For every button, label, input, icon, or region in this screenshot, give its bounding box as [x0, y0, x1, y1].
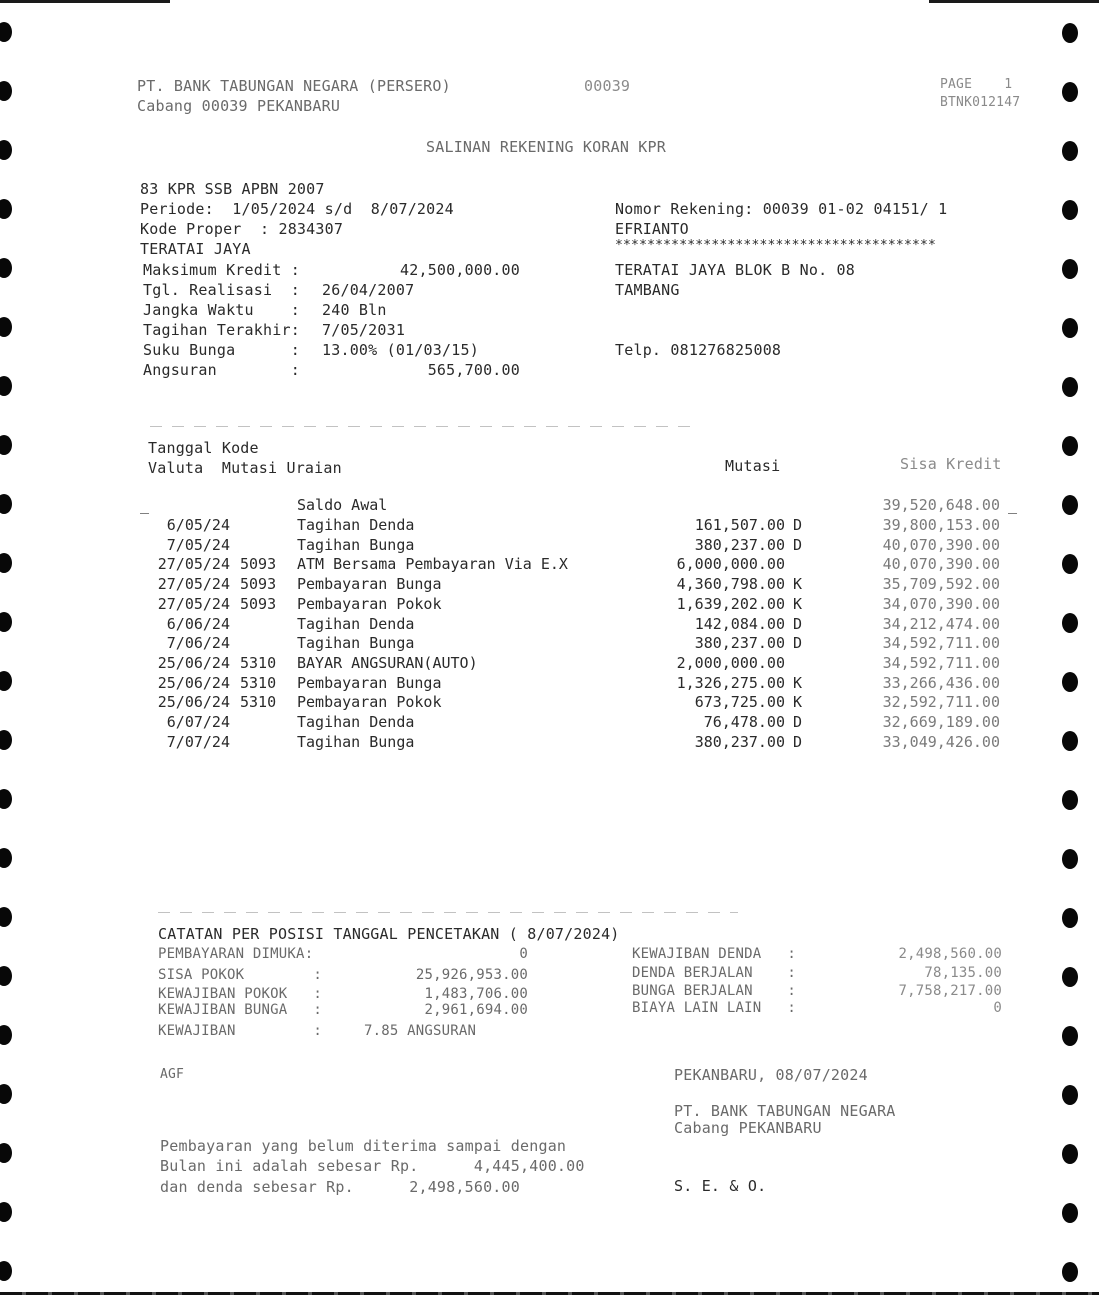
branch-name: Cabang 00039 PEKANBARU — [137, 97, 340, 115]
user-code: AGF — [160, 1066, 184, 1084]
table-row: 27/05/245093Pembayaran Bunga4,360,798.00… — [0, 575, 1099, 595]
sprocket-hole-right — [1062, 318, 1078, 338]
sprocket-hole-left — [0, 258, 12, 278]
sprocket-hole-left — [0, 376, 12, 396]
sprocket-hole-right — [1062, 908, 1078, 928]
sprocket-hole-right — [1062, 23, 1078, 43]
row-date: 6/06/24 — [138, 615, 230, 633]
sprocket-hole-left — [0, 140, 12, 160]
sprocket-hole-right — [1062, 1085, 1078, 1105]
table-header-line1: Tanggal Kode — [148, 439, 259, 457]
branch-code: 00039 — [584, 77, 630, 95]
sprocket-hole-left — [0, 22, 12, 42]
row-debit-credit: D — [793, 536, 809, 554]
row-code: 5093 — [240, 555, 280, 573]
row-description: Tagihan Denda — [297, 516, 414, 534]
row-code: 5310 — [240, 654, 280, 672]
row-amount: 380,237.00 — [620, 634, 785, 652]
loan-field-label: Maksimum Kredit : — [143, 261, 300, 279]
note-line3: dan denda sebesar Rp. 2,498,560.00 — [160, 1178, 520, 1196]
table-row: 6/07/24Tagihan Denda76,478.00D32,669,189… — [0, 713, 1099, 733]
row-code: 5310 — [240, 674, 280, 692]
document-title: SALINAN REKENING KORAN KPR — [426, 138, 666, 156]
row-balance: 35,709,592.00 — [840, 575, 1000, 593]
row-debit-credit: D — [793, 615, 809, 633]
summary-label: KEWAJIBAN BUNGA : — [158, 1001, 322, 1019]
table-header-line2: Valuta Mutasi Uraian — [148, 459, 342, 477]
opening-balance-row: _ Saldo Awal 39,520,648.00 _ — [0, 496, 1099, 516]
loan-field-value: 42,500,000.00 — [320, 261, 520, 279]
sprocket-hole-right — [1062, 82, 1078, 102]
row-date: 7/06/24 — [138, 634, 230, 652]
row-code: 5093 — [240, 595, 280, 613]
row-date: 27/05/24 — [138, 555, 230, 573]
row-description: Pembayaran Bunga — [297, 575, 442, 593]
row-date: 6/07/24 — [138, 713, 230, 731]
row-debit-credit: K — [793, 674, 809, 692]
row-description: Tagihan Denda — [297, 713, 414, 731]
sprocket-hole-right — [1062, 1144, 1078, 1164]
sprocket-hole-left — [0, 1084, 12, 1104]
loan-field-label: Jangka Waktu : — [143, 301, 300, 319]
dash-mark: _ — [140, 496, 149, 514]
doc-code: BTNK012147 — [940, 94, 1020, 112]
row-description: Tagihan Bunga — [297, 733, 414, 751]
summary-value: 0 — [820, 999, 1002, 1017]
sprocket-hole-left — [0, 1261, 12, 1281]
loan-field-label: Angsuran : — [143, 361, 300, 379]
loan-field-label: Tagihan Terakhir: — [143, 321, 300, 339]
bank-name: PT. BANK TABUNGAN NEGARA (PERSERO) — [137, 77, 451, 95]
table-row: 7/05/24Tagihan Bunga380,237.00D40,070,39… — [0, 536, 1099, 556]
row-debit-credit: K — [793, 693, 809, 711]
summary-value: 78,135.00 — [820, 964, 1002, 982]
loan-field-value: 13.00% (01/03/15) — [322, 341, 479, 359]
summary-label: PEMBAYARAN DIMUKA: — [158, 945, 313, 963]
row-balance: 40,070,390.00 — [840, 536, 1000, 554]
row-balance: 34,592,711.00 — [840, 634, 1000, 652]
sprocket-hole-right — [1062, 377, 1078, 397]
row-debit-credit: D — [793, 713, 809, 731]
sprocket-hole-right — [1062, 1026, 1078, 1046]
summary-value: 2,498,560.00 — [820, 945, 1002, 963]
table-row: 6/05/24Tagihan Denda161,507.00D39,800,15… — [0, 516, 1099, 536]
sprocket-hole-left — [0, 81, 12, 101]
row-amount: 673,725.00 — [620, 693, 785, 711]
row-amount: 6,000,000.00 — [620, 555, 785, 573]
sprocket-hole-right — [1062, 200, 1078, 220]
kode-proper: Kode Proper : 2834307 — [140, 220, 343, 238]
table-row: 6/06/24Tagihan Denda142,084.00D34,212,47… — [0, 615, 1099, 635]
address-line1: TERATAI JAYA BLOK B No. 08 — [615, 261, 855, 279]
sprocket-hole-left — [0, 1025, 12, 1045]
row-amount: 1,639,202.00 — [620, 595, 785, 613]
row-balance: 34,070,390.00 — [840, 595, 1000, 613]
summary-label: DENDA BERJALAN : — [632, 964, 796, 982]
paper-edge-top-left — [0, 0, 170, 3]
sprocket-hole-right — [1062, 1203, 1078, 1223]
account-number: Nomor Rekening: 00039 01-02 04151/ 1 — [615, 200, 947, 218]
sprocket-hole-left — [0, 966, 12, 986]
row-date: 25/06/24 — [138, 693, 230, 711]
row-amount: 2,000,000.00 — [620, 654, 785, 672]
row-description: ATM Bersama Pembayaran Via E.X — [297, 555, 568, 573]
divider-line — [158, 912, 738, 913]
page-label: PAGE 1 — [940, 76, 1012, 94]
summary-value: 0 — [330, 945, 528, 963]
dash-mark: _ — [1008, 496, 1017, 514]
row-code: 5310 — [240, 693, 280, 711]
sprocket-hole-right — [1062, 849, 1078, 869]
row-date: 25/06/24 — [138, 654, 230, 672]
note-line1: Pembayaran yang belum diterima sampai de… — [160, 1137, 566, 1155]
sprocket-hole-left — [0, 199, 12, 219]
row-balance: 33,266,436.00 — [840, 674, 1000, 692]
table-row: 27/05/245093Pembayaran Pokok1,639,202.00… — [0, 595, 1099, 615]
place-date: PEKANBARU, 08/07/2024 — [674, 1066, 868, 1084]
row-date: 27/05/24 — [138, 575, 230, 593]
summary-label: SISA POKOK : — [158, 966, 322, 984]
row-debit-credit: D — [793, 733, 809, 751]
sprocket-hole-left — [0, 317, 12, 337]
sprocket-hole-left — [0, 848, 12, 868]
table-header-mutasi: Mutasi — [725, 457, 780, 475]
opening-balance: 39,520,648.00 — [840, 496, 1000, 514]
loan-field-value: 7/05/2031 — [322, 321, 405, 339]
table-row: 7/06/24Tagihan Bunga380,237.00D34,592,71… — [0, 634, 1099, 654]
loan-field-value: 240 Bln — [322, 301, 387, 319]
loan-field-value: 26/04/2007 — [322, 281, 414, 299]
table-row: 25/06/245310Pembayaran Bunga1,326,275.00… — [0, 674, 1099, 694]
row-date: 7/05/24 — [138, 536, 230, 554]
row-debit-credit: D — [793, 516, 809, 534]
seo-disclaimer: S. E. & O. — [674, 1177, 766, 1195]
sprocket-hole-right — [1062, 436, 1078, 456]
note-line2: Bulan ini adalah sebesar Rp. 4,445,400.0… — [160, 1157, 585, 1175]
row-balance: 34,212,474.00 — [840, 615, 1000, 633]
row-balance: 40,070,390.00 — [840, 555, 1000, 573]
row-amount: 380,237.00 — [620, 733, 785, 751]
summary-value: 7.85 ANGSURAN — [364, 1022, 476, 1040]
loan-field-label: Tgl. Realisasi : — [143, 281, 300, 299]
row-date: 25/06/24 — [138, 674, 230, 692]
row-description: Pembayaran Pokok — [297, 693, 442, 711]
summary-label: KEWAJIBAN : — [158, 1022, 322, 1040]
row-balance: 39,800,153.00 — [840, 516, 1000, 534]
sprocket-hole-left — [0, 1143, 12, 1163]
row-date: 6/05/24 — [138, 516, 230, 534]
row-amount: 380,237.00 — [620, 536, 785, 554]
row-debit-credit: D — [793, 634, 809, 652]
product-name: 83 KPR SSB APBN 2007 — [140, 180, 325, 198]
table-row: 25/06/245310BAYAR ANGSURAN(AUTO)2,000,00… — [0, 654, 1099, 674]
summary-title: CATATAN PER POSISI TANGGAL PENCETAKAN ( … — [158, 925, 620, 943]
table-row: 25/06/245310Pembayaran Pokok673,725.00K3… — [0, 693, 1099, 713]
opening-desc: Saldo Awal — [297, 496, 387, 514]
row-amount: 161,507.00 — [620, 516, 785, 534]
table-row: 7/07/24Tagihan Bunga380,237.00D33,049,42… — [0, 733, 1099, 753]
row-amount: 1,326,275.00 — [620, 674, 785, 692]
sprocket-hole-left — [0, 435, 12, 455]
row-amount: 4,360,798.00 — [620, 575, 785, 593]
row-description: Tagihan Bunga — [297, 536, 414, 554]
row-description: BAYAR ANGSURAN(AUTO) — [297, 654, 478, 672]
row-code: 5093 — [240, 575, 280, 593]
row-debit-credit: K — [793, 575, 809, 593]
table-row: 27/05/245093ATM Bersama Pembayaran Via E… — [0, 555, 1099, 575]
row-balance: 33,049,426.00 — [840, 733, 1000, 751]
signature-branch: Cabang PEKANBARU — [674, 1119, 822, 1137]
row-balance: 34,592,711.00 — [840, 654, 1000, 672]
paper-edge-top-right — [929, 0, 1099, 3]
sprocket-hole-left — [0, 907, 12, 927]
row-description: Tagihan Denda — [297, 615, 414, 633]
row-balance: 32,592,711.00 — [840, 693, 1000, 711]
table-header-sisa-kredit: Sisa Kredit — [900, 455, 1002, 473]
sprocket-hole-right — [1062, 790, 1078, 810]
masked-line: **************************************** — [615, 237, 936, 255]
row-description: Pembayaran Pokok — [297, 595, 442, 613]
row-debit-credit: K — [793, 595, 809, 613]
row-amount: 76,478.00 — [620, 713, 785, 731]
customer-name: EFRIANTO — [615, 220, 689, 238]
sprocket-hole-left — [0, 1202, 12, 1222]
period: Periode: 1/05/2024 s/d 8/07/2024 — [140, 200, 454, 218]
summary-label: KEWAJIBAN DENDA : — [632, 945, 796, 963]
summary-value: 7,758,217.00 — [820, 982, 1002, 1000]
sprocket-hole-right — [1062, 1262, 1078, 1282]
sprocket-hole-right — [1062, 141, 1078, 161]
divider-line — [150, 426, 690, 427]
summary-label: BUNGA BERJALAN : — [632, 982, 796, 1000]
loan-field-label: Suku Bunga : — [143, 341, 300, 359]
row-balance: 32,669,189.00 — [840, 713, 1000, 731]
sprocket-hole-left — [0, 789, 12, 809]
summary-value: 25,926,953.00 — [330, 966, 528, 984]
loan-field-value: 565,700.00 — [320, 361, 520, 379]
sprocket-hole-right — [1062, 967, 1078, 987]
phone: Telp. 081276825008 — [615, 341, 781, 359]
signature-bank: PT. BANK TABUNGAN NEGARA — [674, 1102, 896, 1120]
sprocket-hole-right — [1062, 259, 1078, 279]
summary-label: BIAYA LAIN LAIN : — [632, 999, 796, 1017]
project-name: TERATAI JAYA — [140, 240, 251, 258]
address-line2: TAMBANG — [615, 281, 680, 299]
row-description: Tagihan Bunga — [297, 634, 414, 652]
row-description: Pembayaran Bunga — [297, 674, 442, 692]
row-date: 7/07/24 — [138, 733, 230, 751]
row-amount: 142,084.00 — [620, 615, 785, 633]
summary-value: 2,961,694.00 — [330, 1001, 528, 1019]
row-date: 27/05/24 — [138, 595, 230, 613]
